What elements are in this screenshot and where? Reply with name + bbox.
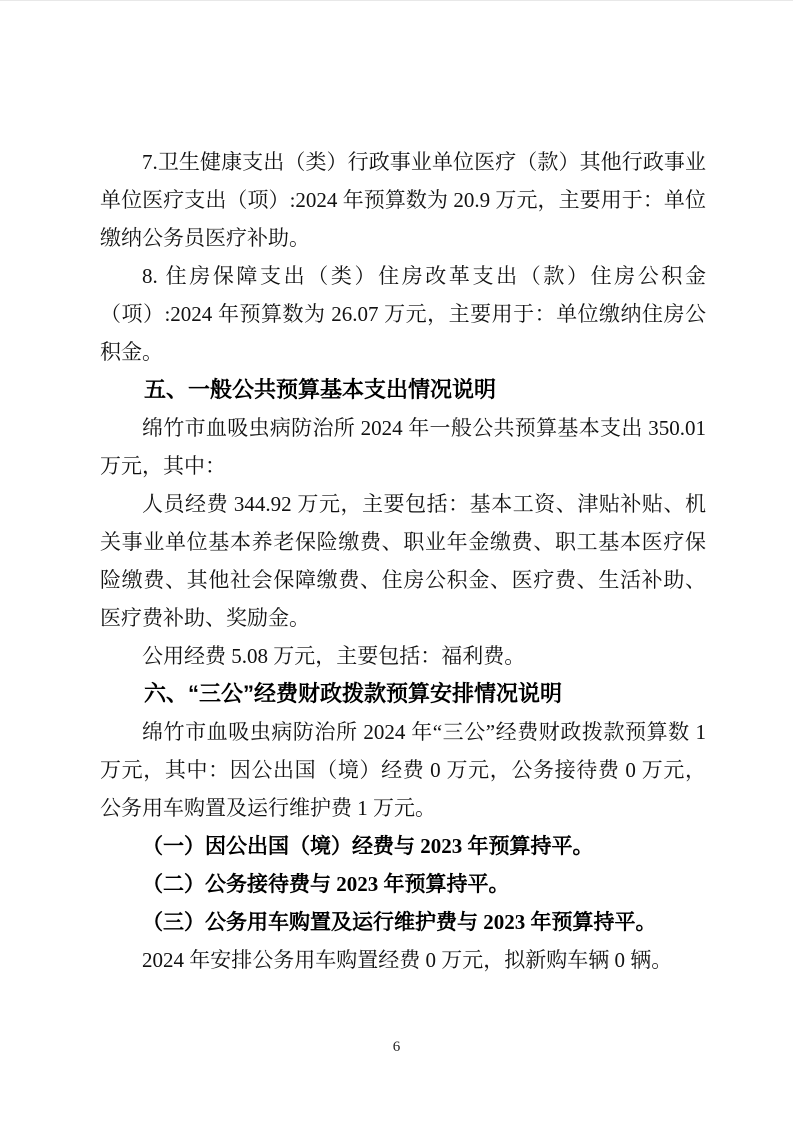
paragraph-health-expenditure-item-7: 7.卫生健康支出（类）行政事业单位医疗（款）其他行政事业单位医疗支出（项）:20… (100, 143, 706, 257)
paragraph-basic-expenditure-total: 绵竹市血吸虫病防治所 2024 年一般公共预算基本支出 350.01 万元，其中… (100, 409, 706, 485)
subheading-official-vehicle-funds: （三）公务用车购置及运行维护费与 2023 年预算持平。 (100, 903, 706, 941)
document-body: 7.卫生健康支出（类）行政事业单位医疗（款）其他行政事业单位医疗支出（项）:20… (100, 143, 706, 979)
paragraph-housing-expenditure-item-8: 8. 住房保障支出（类）住房改革支出（款）住房公积金（项）:2024 年预算数为… (100, 257, 706, 371)
paragraph-public-funds: 公用经费 5.08 万元，主要包括：福利费。 (100, 637, 706, 675)
document-page: 7.卫生健康支出（类）行政事业单位医疗（款）其他行政事业单位医疗支出（项）:20… (0, 0, 793, 1123)
subheading-official-reception-funds: （二）公务接待费与 2023 年预算持平。 (100, 865, 706, 903)
page-number: 6 (0, 1037, 793, 1057)
paragraph-vehicle-purchase-plan: 2024 年安排公务用车购置经费 0 万元，拟新购车辆 0 辆。 (100, 941, 706, 979)
subheading-overseas-travel-funds: （一）因公出国（境）经费与 2023 年预算持平。 (100, 827, 706, 865)
section-heading-basic-expenditure: 五、一般公共预算基本支出情况说明 (100, 371, 706, 409)
paragraph-three-public-budget-total: 绵竹市血吸虫病防治所 2024 年“三公”经费财政拨款预算数 1 万元，其中：因… (100, 713, 706, 827)
section-heading-three-public-funds: 六、“三公”经费财政拨款预算安排情况说明 (100, 675, 706, 713)
paragraph-personnel-funds: 人员经费 344.92 万元，主要包括：基本工资、津贴补贴、机关事业单位基本养老… (100, 485, 706, 637)
